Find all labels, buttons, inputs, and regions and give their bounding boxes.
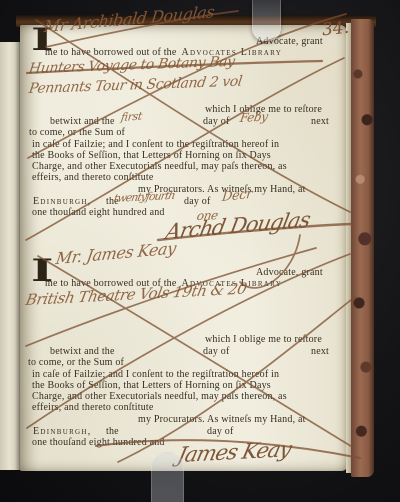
- body-line3-1: Charge, and other Executorials needful, …: [32, 161, 287, 173]
- page-number: 34.: [321, 18, 350, 41]
- edinburgh-label-1: Edinburgh,: [33, 196, 92, 208]
- next-label-1: next: [311, 116, 329, 128]
- edinburgh-label-2: Edinburgh,: [33, 426, 92, 438]
- register-page-photo: 34. I Mr Archibald Douglas Advocate, gra…: [0, 0, 400, 502]
- page-holder-clip-bottom: [151, 452, 184, 502]
- body-line2-1: the Books of Seſſion, that Letters of Ho…: [32, 150, 271, 162]
- procurators-line-2: my Procurators. As witneſs my Hand, at: [138, 414, 306, 426]
- sum-line-2: to come, or the Sum of: [28, 357, 124, 369]
- oblige-line-2: which I oblige me to reſtore: [205, 334, 322, 346]
- day-of-label-2: day of: [203, 346, 229, 358]
- return-day-handwritten-1: first: [120, 109, 143, 124]
- marbled-board-edge: [351, 19, 374, 477]
- body-line1-1: in caſe of Failzie; and I conſent to the…: [32, 139, 279, 151]
- year-line-2: one thouſand eight hundred and: [32, 437, 165, 449]
- body-line4-2: effeirs, and thereto conſtitute: [32, 402, 154, 414]
- body-line3-2: Charge, and other Executorials needful, …: [32, 391, 287, 403]
- day-of-label-sign-1: day of: [184, 196, 210, 208]
- return-month-handwritten-1: Feby: [239, 109, 269, 125]
- body-line2-2: the Books of Seſſion, that Letters of Ho…: [32, 380, 271, 392]
- sum-line-1: to come, or the Sum of: [29, 127, 125, 139]
- body-line1-2: in caſe of Failzie; and I conſent to the…: [32, 369, 279, 381]
- year-line-1: one thouſand eight hundred and: [32, 207, 165, 219]
- advocate-grant-label-2: Advocate, grant: [256, 267, 323, 279]
- page-holder-clip-top: [252, 0, 281, 41]
- body-line4-1: effeirs, and thereto conſtitute: [32, 172, 154, 184]
- the-label-2: the: [106, 426, 119, 438]
- facing-page-edge: [0, 42, 21, 470]
- day-of-label-sign-2: day of: [207, 426, 233, 438]
- betwixt-label-2: betwixt and the: [50, 346, 115, 358]
- next-label-2: next: [311, 346, 329, 358]
- day-of-label-1: day of: [203, 116, 229, 128]
- betwixt-label-1: betwixt and the: [50, 116, 115, 128]
